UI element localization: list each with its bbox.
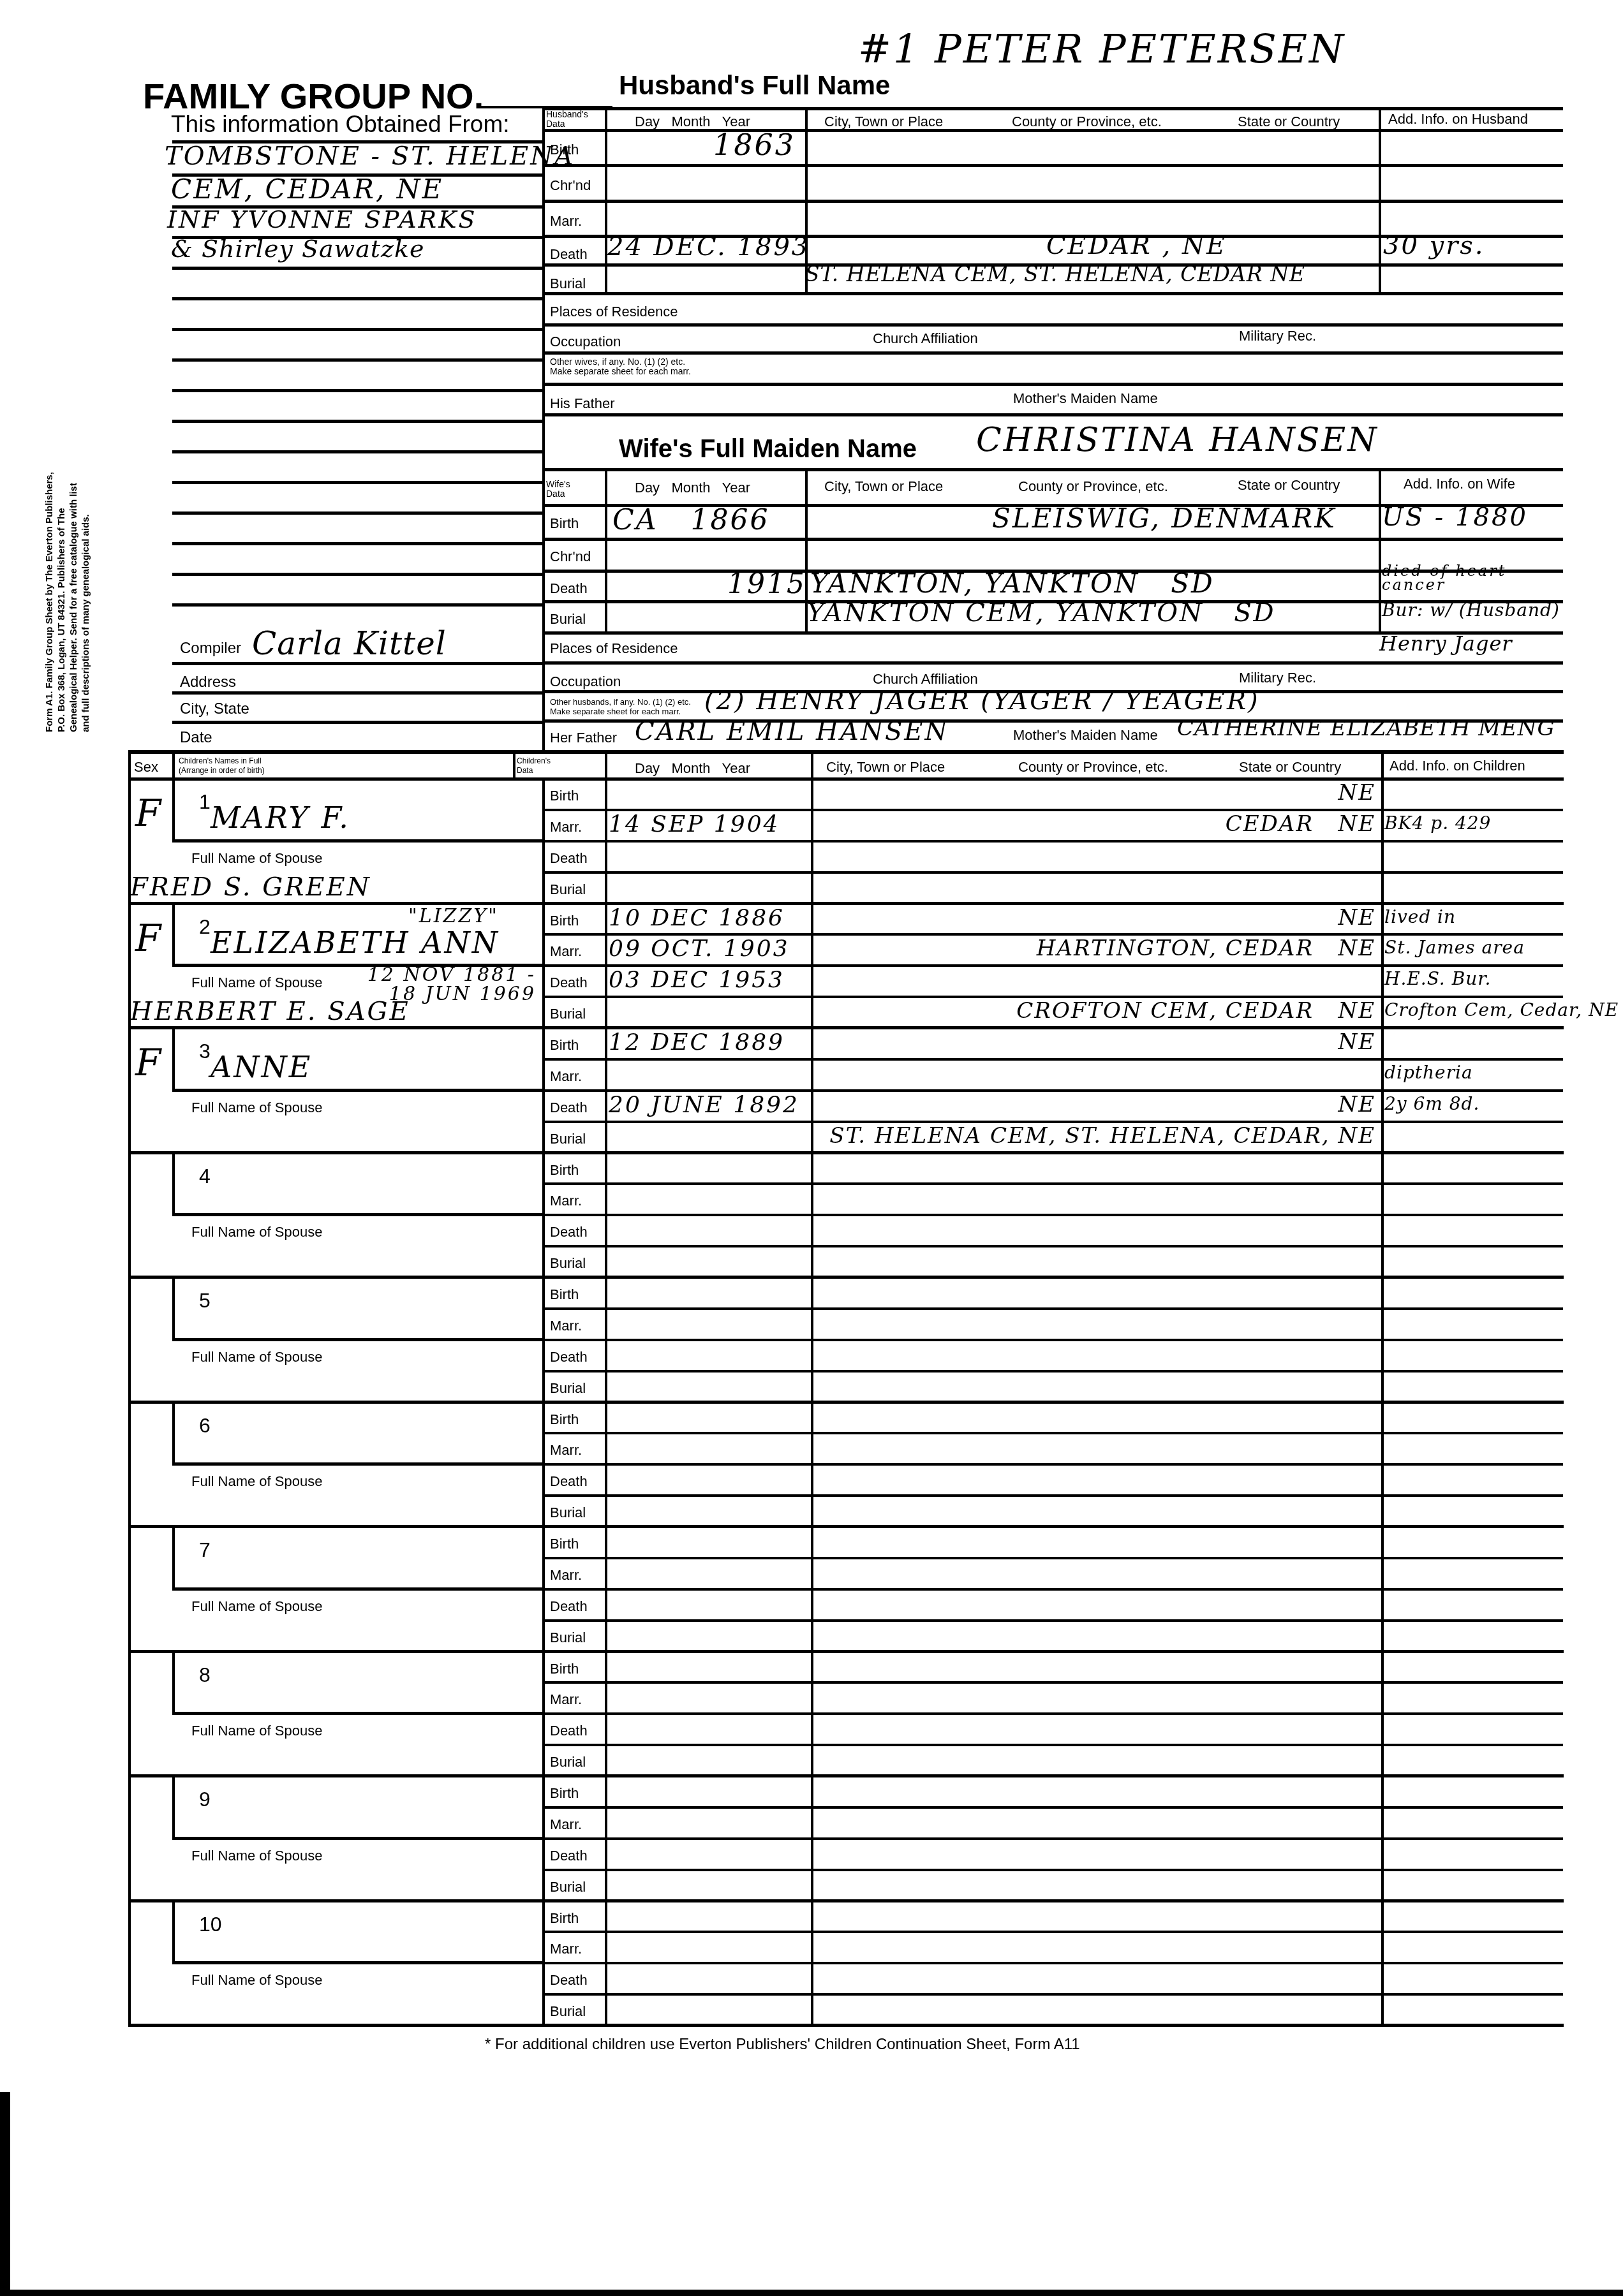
divider (128, 1276, 1564, 1279)
wifes-data-header: Wife's Data (546, 480, 584, 499)
childrens-names-header: Children's Names in Full (Arrange in ord… (179, 756, 265, 776)
child-event-info[interactable]: diptheria (1384, 1062, 1473, 1083)
child-event-label: Marr. (550, 1567, 582, 1584)
children-city-column-header: City, Town or Place (826, 759, 945, 776)
childrens-names-line2: (Arrange in order of birth) (179, 766, 265, 776)
other-wives-label: Other wives, if any. No. (1) (2) etc. Ma… (550, 357, 691, 376)
wife-birth-place[interactable]: SLEISWIG, DENMARK (992, 503, 1337, 534)
divider (542, 1837, 1563, 1840)
divider (542, 1463, 1563, 1466)
divider (542, 129, 1563, 132)
divider (542, 1214, 1563, 1216)
husband-occupation-label: Occupation (550, 334, 621, 350)
child-event-date[interactable]: 14 SEP 1904 (609, 811, 780, 837)
divider (172, 1213, 542, 1216)
child-event-label: Death (550, 1848, 588, 1864)
spouse-name[interactable]: FRED S. GREEN (130, 872, 371, 902)
wifes-data-text: Wife's Data (546, 480, 584, 499)
grid-line (172, 1901, 175, 1964)
spouse-label: Full Name of Spouse (191, 1972, 322, 1989)
wife-burial-add-info[interactable]: Bur: w/ (Husband) (1382, 600, 1560, 621)
husband-burial-place[interactable]: ST. HELENA CEM, ST. HELENA, CEDAR NE (805, 261, 1305, 286)
other-wives-line2: Make separate sheet for each marr. (550, 367, 691, 376)
child-event-place[interactable]: CEDAR NE (814, 811, 1375, 837)
child-event-label: Death (550, 1349, 588, 1365)
childrens-names-line1: Children's Names in Full (179, 756, 265, 766)
obtained-from-line[interactable]: TOMBSTONE - ST. HELENA (165, 142, 575, 171)
obtained-from-line[interactable]: CEM, CEDAR, NE (171, 173, 443, 205)
husband-residence-label: Places of Residence (550, 304, 678, 320)
divider (542, 1869, 1563, 1871)
child-event-place[interactable]: NE (814, 1092, 1375, 1117)
publisher-note-line: and full descriptions of many genealogic… (80, 472, 92, 732)
grid-line (172, 1277, 175, 1340)
child-event-label: Burial (550, 1505, 586, 1521)
husband-death-add-info[interactable]: 30 yrs. (1383, 231, 1485, 260)
divider (172, 1587, 542, 1591)
child-event-label: Death (550, 1972, 588, 1989)
spouse-label: Full Name of Spouse (191, 975, 322, 991)
child-number: 5 (199, 1289, 211, 1313)
wife-death-place[interactable]: YANKTON, YANKTON SD (810, 568, 1215, 599)
children-state-column-header: State or Country (1239, 759, 1341, 776)
grid-line (1381, 750, 1384, 2026)
divider (172, 1961, 542, 1964)
wife-residence-label: Places of Residence (550, 640, 678, 657)
divider (172, 662, 542, 665)
date-label: Date (180, 729, 212, 747)
child-event-label: Death (550, 1723, 588, 1739)
child-number: 2 (199, 915, 211, 939)
child-event-label: Marr. (550, 1318, 582, 1334)
divider (542, 1806, 1563, 1809)
other-wives-line1: Other wives, if any. No. (1) (2) etc. (550, 357, 691, 367)
child-event-label: Death (550, 975, 588, 991)
divider (542, 1681, 1563, 1684)
child-event-date[interactable]: 12 DEC 1889 (609, 1029, 785, 1056)
divider (172, 1089, 542, 1092)
wife-death-label: Death (550, 580, 588, 597)
child-event-label: Burial (550, 1380, 586, 1397)
divider (172, 420, 542, 423)
scan-edge-left (0, 2092, 10, 2296)
divider (542, 323, 1563, 327)
child-number: 4 (199, 1165, 211, 1188)
wife-name-value[interactable]: CHRISTINA HANSEN (976, 421, 1379, 459)
child-nickname[interactable]: "LIZZY" (408, 905, 499, 927)
divider (542, 1962, 1563, 1964)
divider (542, 661, 1563, 665)
divider (172, 481, 542, 484)
husband-name-value[interactable]: #1 PETER PETERSEN (858, 26, 1345, 72)
wife-burial-label: Burial (550, 611, 586, 628)
child-number: 9 (199, 1788, 211, 1811)
scan-edge-bottom (0, 2290, 1623, 2296)
wife-mothers-maiden-label: Mother's Maiden Name (1013, 727, 1158, 744)
footer-note: * For additional children use Everton Pu… (485, 2036, 1080, 2054)
grid-line (811, 750, 813, 2026)
wife-death-add-info[interactable]: died of heart cancer (1382, 564, 1548, 592)
child-event-label: Burial (550, 2003, 586, 2020)
other-husbands-line2: Make separate sheet for each marr. (550, 707, 691, 716)
divider (542, 413, 1563, 416)
child-event-label: Burial (550, 1006, 586, 1022)
add-info-husband-header: Add. Info. on Husband (1388, 111, 1528, 128)
spouse-label: Full Name of Spouse (191, 1100, 322, 1116)
wife-add-info-extra[interactable]: Henry Jager (1379, 631, 1513, 656)
wife-birth-label: Birth (550, 515, 579, 532)
divider (542, 1307, 1563, 1310)
state-column-header: State or Country (1238, 114, 1340, 130)
divider (128, 1525, 1564, 1528)
child-event-label: Death (550, 1598, 588, 1615)
divider (172, 1462, 542, 1466)
child-event-label: Birth (550, 1286, 579, 1303)
husband-marr-label: Marr. (550, 213, 582, 230)
child-number: 7 (199, 1538, 211, 1562)
divider (542, 1245, 1563, 1247)
divider (542, 1432, 1563, 1434)
divider (172, 839, 542, 843)
child-event-info[interactable]: BK4 p. 429 (1384, 813, 1491, 834)
divider (542, 1931, 1563, 1933)
divider (172, 389, 542, 392)
husband-mothers-maiden-label: Mother's Maiden Name (1013, 390, 1158, 407)
divider (172, 267, 542, 270)
divider (542, 292, 1563, 295)
divider (542, 200, 1563, 203)
children-date-column-header: Day Month Year (635, 760, 750, 777)
child-event-label: Marr. (550, 1691, 582, 1708)
husband-death-place[interactable]: CEDAR , NE (1046, 231, 1227, 260)
child-event-label: Burial (550, 1879, 586, 1895)
spouse-name[interactable]: HERBERT E. SAGE (130, 997, 410, 1026)
child-event-place[interactable]: NE (814, 1029, 1375, 1055)
grid-line (172, 904, 175, 966)
divider (172, 297, 542, 300)
husband-military-label: Military Rec. (1239, 328, 1316, 344)
child-name[interactable]: MARY F. (211, 800, 350, 835)
publisher-note-line: Form A1. Family Group Sheet by The Evert… (43, 472, 56, 732)
child-event-label: Burial (550, 1255, 586, 1272)
divider (542, 164, 1563, 167)
child-event-info[interactable]: St. James area (1384, 937, 1525, 958)
child-event-info[interactable]: H.E.S. Bur. (1384, 968, 1491, 989)
spouse-label: Full Name of Spouse (191, 1598, 322, 1615)
child-name[interactable]: ELIZABETH ANN (211, 925, 500, 960)
grid-line (172, 1402, 175, 1465)
divider (542, 871, 1563, 874)
grid-line (1379, 468, 1381, 634)
child-event-label: Burial (550, 1754, 586, 1770)
spouse-label: Full Name of Spouse (191, 1349, 322, 1365)
divider (542, 351, 1563, 355)
husbands-data-text: Husband's Data (546, 110, 597, 129)
address-label: Address (180, 673, 236, 691)
child-event-date[interactable]: 03 DEC 1953 (609, 967, 785, 993)
divider (542, 1339, 1563, 1341)
other-husbands-line1: Other husbands, if any. No. (1) (2) etc. (550, 697, 691, 707)
divider (542, 1494, 1563, 1497)
wife-city-column-header: City, Town or Place (824, 478, 943, 495)
divider (172, 1338, 542, 1341)
wife-chrnd-label: Chr'nd (550, 548, 591, 565)
husbands-data-header: Husband's Data (546, 110, 597, 129)
divider (542, 1712, 1563, 1715)
child-event-label: Death (550, 1224, 588, 1240)
child-name[interactable]: ANNE (211, 1050, 312, 1084)
her-father-value[interactable]: CARL EMIL HANSEN (635, 717, 949, 746)
child-event-label: Birth (550, 788, 579, 804)
child-event-label: Birth (550, 1411, 579, 1428)
divider (542, 468, 1563, 471)
divider (128, 2024, 1564, 2027)
husband-birth-date[interactable]: 1863 (713, 128, 796, 162)
childrens-data-header: Children's Data (517, 756, 555, 776)
child-event-info[interactable]: lived in (1384, 906, 1456, 927)
divider (172, 542, 542, 545)
divider (542, 1058, 1563, 1061)
spouse-label: Full Name of Spouse (191, 850, 322, 867)
wife-birth-add-info[interactable]: US - 1880 (1382, 503, 1528, 532)
husband-church-label: Church Affiliation (873, 330, 978, 347)
child-event-label: Marr. (550, 1193, 582, 1209)
obtained-from-line[interactable]: & Shirley Sawatzke (171, 235, 425, 263)
divider (542, 1588, 1563, 1591)
child-event-place[interactable]: NE (814, 905, 1375, 931)
divider (128, 1401, 1564, 1404)
child-event-label: Marr. (550, 1442, 582, 1459)
child-sex[interactable]: F (135, 1041, 163, 1084)
other-husbands-label: Other husbands, if any. No. (1) (2) etc.… (550, 697, 691, 716)
child-event-label: Burial (550, 1630, 586, 1646)
grid-line (172, 1153, 175, 1216)
child-event-label: Marr. (550, 819, 582, 835)
divider (542, 383, 1563, 386)
husband-death-date[interactable]: 24 DEC. 1893 (607, 232, 810, 261)
grid-line (128, 750, 131, 2026)
her-father-label: Her Father (550, 730, 617, 746)
child-event-label: Birth (550, 1536, 579, 1552)
child-event-place[interactable]: NE (814, 780, 1375, 806)
child-event-label: Marr. (550, 1941, 582, 1957)
divider (172, 1837, 542, 1840)
sex-header: Sex (134, 759, 158, 776)
publisher-note-line: P.O. Box 368, Logan, UT 84321. Publisher… (56, 472, 68, 732)
county-column-header: County or Province, etc. (1012, 114, 1162, 130)
child-event-label: Birth (550, 913, 579, 929)
grid-line (172, 1776, 175, 1839)
divider (128, 750, 1564, 754)
wife-mothers-maiden-value[interactable]: CATHERINE ELIZABETH MENG (1177, 716, 1555, 741)
child-event-info[interactable]: 2y 6m 8d. (1384, 1093, 1479, 1114)
divider (172, 511, 542, 515)
child-sex[interactable]: F (135, 916, 163, 960)
child-event-date[interactable]: 20 JUNE 1892 (609, 1092, 799, 1118)
grid-line (542, 107, 545, 751)
spouse-label: Full Name of Spouse (191, 1723, 322, 1739)
child-event-date[interactable]: 10 DEC 1886 (609, 905, 785, 931)
child-event-label: Marr. (550, 1816, 582, 1833)
grid-line (172, 1028, 175, 1091)
child-event-info[interactable]: Crofton Cem, Cedar, NE (1384, 999, 1619, 1020)
wife-birth-date[interactable]: CA 1866 (612, 504, 769, 536)
city-column-header: City, Town or Place (824, 114, 943, 130)
childrens-data-text: Children's Data (517, 756, 551, 775)
child-event-label: Birth (550, 1037, 579, 1054)
child-event-label: Death (550, 1473, 588, 1490)
child-number: 8 (199, 1663, 211, 1687)
grid-line (605, 750, 607, 2026)
divider (542, 1182, 1563, 1185)
grid-line (172, 750, 175, 779)
child-event-label: Death (550, 850, 588, 867)
divider (128, 1899, 1564, 1902)
divider (542, 1993, 1563, 1996)
wife-military-label: Military Rec. (1239, 670, 1316, 686)
wife-state-column-header: State or Country (1238, 477, 1340, 494)
divider (542, 107, 1563, 110)
child-sex[interactable]: F (135, 791, 163, 835)
child-event-label: Burial (550, 1131, 586, 1147)
other-husbands-value[interactable]: (2) HENRY JAGER (YAGER / YEAGER) (704, 686, 1260, 716)
add-info-children-header: Add. Info. on Children (1390, 758, 1525, 774)
child-event-label: Burial (550, 881, 586, 898)
husband-burial-label: Burial (550, 276, 586, 292)
obtained-from-line[interactable]: INF YVONNE SPARKS (167, 205, 477, 233)
grid-line (605, 468, 607, 634)
wife-name-label: Wife's Full Maiden Name (619, 435, 917, 464)
divider (172, 721, 542, 724)
divider (172, 450, 542, 453)
child-number: 1 (199, 790, 211, 814)
child-event-label: Marr. (550, 1068, 582, 1085)
child-number: 3 (199, 1040, 211, 1063)
compiler-label: Compiler (180, 640, 241, 658)
spouse-label: Full Name of Spouse (191, 1224, 322, 1240)
child-event-place[interactable]: HARTINGTON, CEDAR NE (814, 936, 1375, 961)
child-event-label: Birth (550, 1661, 579, 1677)
husband-death-label: Death (550, 246, 588, 263)
add-info-wife-header: Add. Info. on Wife (1404, 476, 1515, 492)
spouse-label: Full Name of Spouse (191, 1473, 322, 1490)
divider (128, 1774, 1564, 1777)
divider (542, 840, 1563, 843)
divider (128, 1650, 1564, 1653)
divider (542, 1619, 1563, 1622)
divider (542, 1370, 1563, 1372)
wife-burial-place[interactable]: YANKTON CEM, YANKTON SD (807, 598, 1276, 628)
wife-church-label: Church Affiliation (873, 671, 978, 688)
divider (542, 538, 1563, 541)
children-county-column-header: County or Province, etc. (1018, 759, 1168, 776)
child-event-place[interactable]: ST. HELENA CEM, ST. HELENA, CEDAR, NE (814, 1123, 1375, 1149)
spouse-label: Full Name of Spouse (191, 1848, 322, 1864)
divider (542, 1557, 1563, 1559)
wife-death-date[interactable]: 1915 (727, 568, 806, 600)
wife-date-column-header: Day Month Year (635, 480, 750, 496)
grid-line (172, 779, 175, 841)
publisher-note-line: Genealogical Helper. Send for a free cat… (68, 472, 80, 732)
grid-line (513, 750, 515, 779)
child-event-label: Birth (550, 1910, 579, 1927)
divider (542, 1744, 1563, 1746)
child-event-label: Death (550, 1100, 588, 1116)
child-event-place[interactable]: CROFTON CEM, CEDAR NE (814, 998, 1375, 1024)
child-event-date[interactable]: 09 OCT. 1903 (609, 936, 790, 962)
divider (128, 1151, 1564, 1154)
divider (172, 603, 542, 607)
wife-occupation-label: Occupation (550, 673, 621, 690)
compiler-name[interactable]: Carla Kittel (252, 625, 447, 662)
divider (172, 358, 542, 362)
divider (172, 573, 542, 576)
his-father-label: His Father (550, 395, 614, 412)
child-number: 10 (199, 1913, 222, 1936)
obtained-from-label: This information Obtained From: (171, 111, 510, 138)
husband-chrnd-label: Chr'nd (550, 177, 591, 194)
grid-line (172, 1527, 175, 1589)
child-number: 6 (199, 1414, 211, 1438)
wife-county-column-header: County or Province, etc. (1018, 478, 1168, 495)
grid-line (172, 1652, 175, 1714)
divider (172, 328, 542, 331)
husband-birth-label: Birth (550, 142, 579, 158)
child-event-label: Birth (550, 1785, 579, 1802)
divider (172, 1712, 542, 1715)
divider (172, 691, 542, 695)
city-state-label: City, State (180, 700, 249, 718)
child-event-label: Marr. (550, 943, 582, 960)
husband-name-label: Husband's Full Name (619, 70, 890, 101)
publisher-note: Form A1. Family Group Sheet by The Evert… (43, 472, 92, 732)
child-event-label: Birth (550, 1162, 579, 1179)
